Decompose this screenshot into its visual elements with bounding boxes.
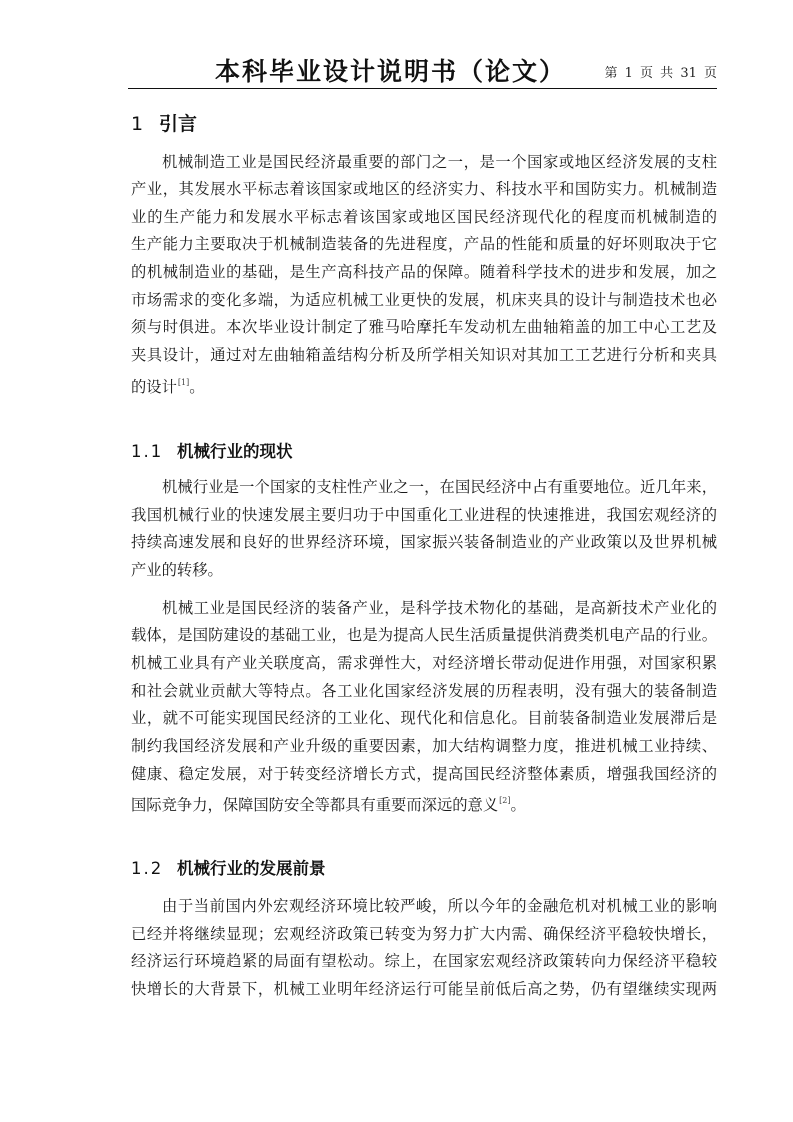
text-fragment: 。 [510,796,525,814]
text-line: 载体，是国防建设的基础工业，也是为提高人民生活质量提供消费类机电产品的行业。 [131,624,717,646]
section-heading-1: 1引言 [131,111,197,137]
text-line: 和社会就业贡献大等特点。各工业化国家经济发展的历程表明，没有强大的装备制造 [131,680,717,702]
section-title: 引言 [159,113,197,135]
text-line: 机械制造工业是国民经济最重要的部门之一，是一个国家或地区经济发展的支柱 [162,151,717,173]
text-line: 已经并将继续显现；宏观经济政策已转变为努力扩大内需、确保经济平稳较快增长， [131,923,717,945]
text-line: 产业的转移。 [131,559,717,581]
text-fragment: 。 [189,378,204,396]
citation-ref: [2] [499,796,510,805]
document-header-title: 本科毕业设计说明书（论文） [215,57,555,87]
text-line: 快增长的大背景下，机械工业明年经济运行可能呈前低后高之势，仍有望继续实现两 [131,978,717,1000]
text-line: 机械工业是国民经济的装备产业，是科学技术物化的基础，是高新技术产业化的 [162,597,717,619]
text-line: 我国机械行业的快速发展主要归功于中国重化工业进程的快速推进，我国宏观经济的 [131,504,717,526]
text-line: 业的生产能力和发展水平标志着该国家或地区国民经济现代化的程度而机械制造的 [131,206,717,228]
text-line: 须与时俱进。本次毕业设计制定了雅马哈摩托车发动机左曲轴箱盖的加工中心工艺及 [131,316,717,338]
text-line: 市场需求的变化多端，为适应机械工业更快的发展，机床夹具的设计与制造技术也必 [131,289,717,311]
header-divider [128,88,717,89]
section-number: 1.2 [131,857,177,881]
section-heading-1-1: 1.1机械行业的现状 [131,440,293,464]
text-line: 夹具设计，通过对左曲轴箱盖结构分析及所学相关知识对其加工工艺进行分析和夹具 [131,344,717,366]
section-heading-1-2: 1.2机械行业的发展前景 [131,857,326,881]
section-number: 1 [131,111,159,137]
text-line: 健康、稳定发展，对于转变经济增长方式，提高国民经济整体素质，增强我国经济的 [131,763,717,785]
text-line: 国际竞争力，保障国防安全等都具有重要而深远的意义[2]。 [131,790,717,812]
text-line: 业，就不可能实现国民经济的工业化、现代化和信息化。目前装备制造业发展滞后是 [131,707,717,729]
page-number-indicator: 第 1 页 共 31 页 [605,66,717,82]
section-title: 机械行业的发展前景 [177,859,326,878]
text-line: 机械工业具有产业关联度高，需求弹性大，对经济增长带动促进作用强，对国家积累 [131,652,717,674]
text-line: 制约我国经济发展和产业升级的重要因素，加大结构调整力度，推进机械工业持续、 [131,735,717,757]
text-line: 产业，其发展水平标志着该国家或地区的经济实力、科技水平和国防实力。机械制造 [131,178,717,200]
text-line: 经济运行环境趋紧的局面有望松动。综上，在国家宏观经济政策转向力保经济平稳较 [131,950,717,972]
citation-ref: [1] [178,378,189,387]
document-page: 本科毕业设计说明书（论文） 第 1 页 共 31 页 1引言 机械制造工业是国民… [0,0,793,1122]
text-fragment: 的设计 [131,378,177,396]
text-line: 机械行业是一个国家的支柱性产业之一，在国民经济中占有重要地位。近几年来， [162,476,717,498]
text-line: 的设计[1]。 [131,372,717,394]
text-fragment: 国际竞争力，保障国防安全等都具有重要而深远的意义 [131,796,498,814]
section-title: 机械行业的现状 [177,442,293,461]
text-line: 的机械制造业的基础，是生产高科技产品的保障。随着科学技术的进步和发展，加之 [131,261,717,283]
text-line: 由于当前国内外宏观经济环境比较严峻，所以今年的金融危机对机械工业的影响 [162,895,717,917]
section-number: 1.1 [131,440,177,464]
text-line: 持续高速发展和良好的世界经济环境，国家振兴装备制造业的产业政策以及世界机械 [131,531,717,553]
text-line: 生产能力主要取决于机械制造装备的先进程度，产品的性能和质量的好坏则取决于它 [131,233,717,255]
